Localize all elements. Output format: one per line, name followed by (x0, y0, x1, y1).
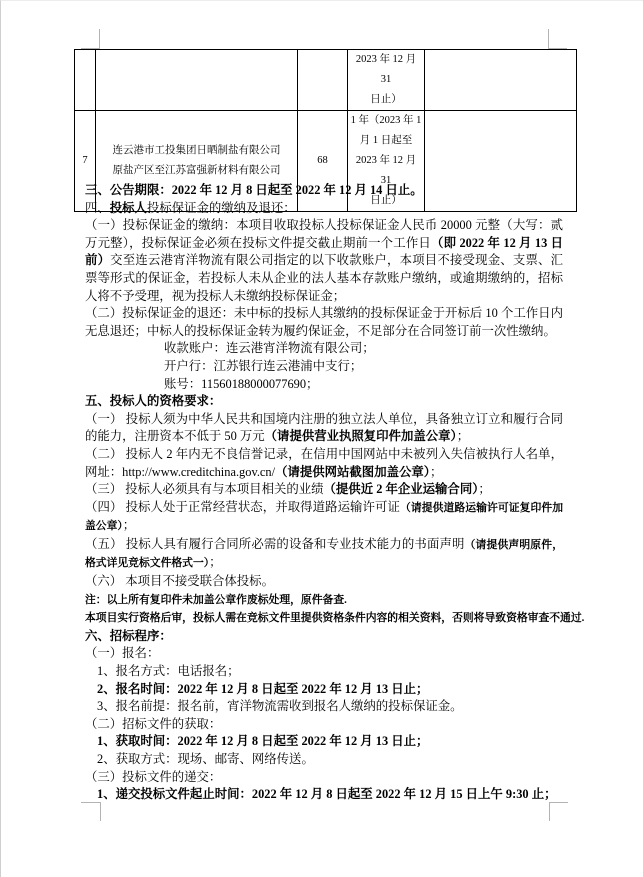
document-page: 2023 年 12 月 31 日止） 7 连云港市工投集团日晒制盐有限公司 原盐… (0, 0, 643, 877)
docs-obtain-subheading: （二）招标文件的获取： (85, 716, 563, 734)
text-run: 交至连云港宵洋物流有限公司指定的以下收款账户，本项目不接受现金、支票、汇票等形式… (85, 253, 563, 302)
text-run: 2、获取方式：现场、邮寄、网络传送。 (97, 752, 314, 766)
post-review-note-line: 本项目实行资格后审，投标人需在竞标文件里提供资格条件内容的相关资料，否则将导致资… (85, 609, 563, 628)
text-run: （六） 本项目不接受联合体投标。 (85, 574, 274, 588)
text-run: 收款账户：连云港宵洋物流有限公司； (164, 341, 375, 355)
registration-method-line: 1、报名方式：电话报名； (85, 663, 563, 681)
text-run: （五） 投标人具有履行合同所必需的设备和专业技术能力的书面声明 (85, 537, 465, 551)
text-run: 四、 (85, 201, 110, 215)
text-run: 注：以上所有复印件未加盖公章作废标处理，原件备查. (85, 594, 347, 606)
qualification-heading: 五、投标人的资格要求： (85, 393, 563, 411)
deposit-payment-para: （一）投标保证金的缴纳：本项目收取投标人投标保证金人民币 20000 元整（大写… (85, 217, 563, 305)
text-run: ； (457, 429, 469, 443)
margin-crop-mark-bottom-left-vertical (100, 802, 101, 821)
cell-duration: 2023 年 12 月 31 日止） (348, 50, 425, 111)
text-run: 1、递交投标文件起止时间：2022 年 12 月 8 日起至 2022 年 12… (97, 787, 556, 801)
beneficiary-account-line: 收款账户：连云港宵洋物流有限公司； (85, 340, 563, 358)
submission-subheading: （三）投标文件的递交： (85, 769, 563, 787)
text-run: （二）投标保证金的退还：未中标的投标人其缴纳的投标保证金于开标后 10 个工作日… (85, 306, 563, 338)
text-run: 3、报名前提：报名前，宵洋物流需收到报名人缴纳的投标保证金。 (97, 699, 463, 713)
cell-qty (298, 50, 348, 111)
registration-subheading: （一）报名： (85, 645, 563, 663)
announcement-body: 三、公告期限：2022 年 12 月 8 日起至 2022 年 12 月 14 … (85, 182, 563, 804)
obtain-time-line: 1、获取时间：2022 年 12 月 8 日起至 2022 年 12 月 13 … (85, 733, 563, 751)
qualification-item-4: （四） 投标人处于正常经营状态，并取得道路运输许可证（请提供道路运输许可证复印件… (85, 499, 563, 536)
notice-period-line: 三、公告期限：2022 年 12 月 8 日起至 2022 年 12 月 14 … (85, 182, 563, 200)
margin-crop-mark-top-right-vertical (548, 29, 549, 49)
account-number-line: 账号：11560188000077690； (85, 376, 563, 394)
text-run: 开户行：江苏银行连云港浦中支行； (164, 359, 362, 373)
cell-remark (425, 50, 577, 111)
text-run: 五、投标人的资格要求： (85, 394, 221, 408)
text-run: 投标保证金的缴纳及退还： (147, 201, 296, 215)
cell-seq (75, 50, 96, 111)
text-run: （四） 投标人处于正常经营状态，并取得道路运输许可证 (85, 500, 400, 514)
copies-note-line: 注：以上所有复印件未加盖公章作废标处理，原件备查. (85, 591, 563, 610)
qualification-item-5: （五） 投标人具有履行合同所必需的设备和专业技术能力的书面声明（请提供声明原件，… (85, 536, 563, 573)
text-run: （请提供网站截图加盖公章） (275, 465, 430, 479)
text-run: ； (478, 482, 490, 496)
text-run: （三）投标文件的递交： (85, 770, 221, 784)
text-run: 投标人 (110, 201, 147, 215)
text-run: （提供近 2 年企业运输合同） (324, 482, 479, 496)
registration-time-line: 2、报名时间：2022 年 12 月 8 日起至 2022 年 12 月 13 … (85, 681, 563, 699)
qualification-item-6: （六） 本项目不接受联合体投标。 (85, 573, 563, 591)
cell-route (96, 50, 298, 111)
bank-branch-line: 开户行：江苏银行连云港浦中支行； (85, 358, 563, 376)
text-run: 1、报名方式：电话报名； (97, 664, 240, 678)
deposit-section-heading: 四、投标人投标保证金的缴纳及退还： (85, 200, 563, 218)
text-run: 账号：11560188000077690； (164, 377, 318, 391)
text-run: 三、公告期限：2022 年 12 月 8 日起至 2022 年 12 月 14 … (85, 183, 423, 197)
text-run: （请提供营业执照复印件加盖公章） (265, 429, 457, 443)
text-run: （二）招标文件的获取： (85, 717, 221, 731)
qualification-item-3: （三） 投标人必须具有与本项目相关的业绩（提供近 2 年企业运输合同）； (85, 481, 563, 499)
text-run: （三） 投标人必须具有与本项目相关的业绩 (85, 482, 324, 496)
registration-prereq-line: 3、报名前提：报名前，宵洋物流需收到报名人缴纳的投标保证金。 (85, 698, 563, 716)
text-run: （一）报名： (85, 646, 159, 660)
margin-crop-mark-bottom-right-vertical (549, 802, 550, 821)
text-run: 2、报名时间：2022 年 12 月 8 日起至 2022 年 12 月 13 … (97, 682, 428, 696)
deposit-refund-para: （二）投标保证金的退还：未中标的投标人其缴纳的投标保证金于开标后 10 个工作日… (85, 305, 563, 340)
margin-crop-mark-top-left-vertical (99, 29, 100, 49)
table-row-partial: 2023 年 12 月 31 日止） (75, 50, 577, 111)
qualification-item-2: （二） 投标人 2 年内无不良信誉记录，在信用中国网站中未被列入失信被执行人名单… (85, 446, 563, 481)
obtain-method-line: 2、获取方式：现场、邮寄、网络传送。 (85, 751, 563, 769)
text-run: 本项目实行资格后审，投标人需在竞标文件里提供资格条件内容的相关资料，否则将导致资… (85, 612, 584, 624)
text-run: 1、获取时间：2022 年 12 月 8 日起至 2022 年 12 月 13 … (97, 734, 428, 748)
procedure-heading: 六、招标程序： (85, 628, 563, 646)
text-run: ； (430, 465, 442, 479)
submission-time-line: 1、递交投标文件起止时间：2022 年 12 月 8 日起至 2022 年 12… (85, 786, 563, 804)
credit-china-url: http://www.creditchina.gov.cn/ (122, 465, 275, 479)
text-run: ； (209, 555, 221, 569)
text-run: 六、招标程序： (85, 629, 172, 643)
text-run: ； (123, 518, 135, 532)
qualification-item-1: （一） 投标人须为中华人民共和国境内注册的独立法人单位，具备独立订立和履行合同的… (85, 411, 563, 446)
